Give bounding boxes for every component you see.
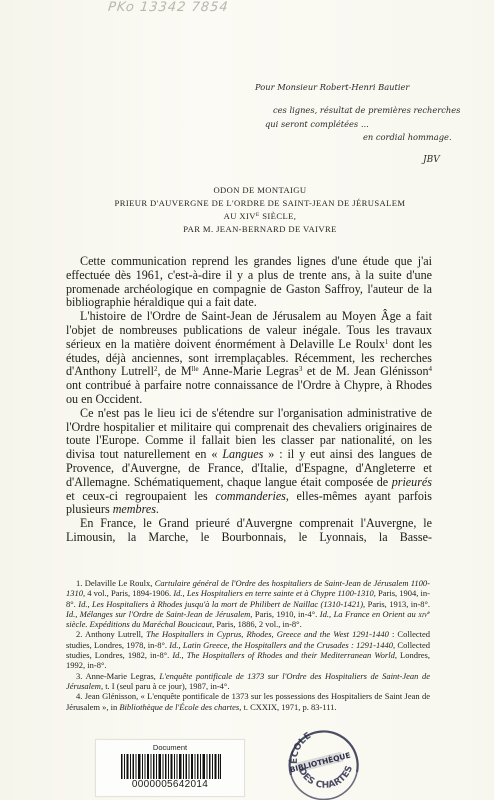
title-line: au XIVe siècle, [60, 209, 460, 223]
footnote-1: 1. Delaville Le Roulx, Cartulaire généra… [66, 578, 430, 629]
barcode-number: 0000005642014 [96, 779, 244, 790]
library-stamp-icon: ÉCOLE DES CHARTES BIBLIOTHÈQUE [283, 720, 365, 800]
footnote-3: 3. Anne-Marie Legras, L'enquête pontific… [66, 671, 430, 692]
paragraph: Cette communication reprend les grandes … [66, 255, 432, 310]
dedication-line: qui seront complétées ... [265, 117, 369, 131]
svg-text:ÉCOLE: ÉCOLE [288, 731, 313, 764]
dedication-line: Pour Monsieur Robert-Henri Bautier [255, 80, 409, 94]
paragraph: En France, le Grand prieuré d'Auvergne c… [66, 517, 432, 545]
footnotes: 1. Delaville Le Roulx, Cartulaire généra… [66, 578, 430, 712]
barcode-icon [121, 754, 221, 779]
document-page: PKo 13342 7854 Pour Monsieur Robert-Henr… [0, 0, 494, 800]
paragraph: L'histoire de l'Ordre de Saint-Jean de J… [66, 310, 432, 407]
title-line: Odon de Montaigu [60, 184, 460, 197]
footnote-4: 4. Jean Glénisson, « L'enquête pontifica… [66, 691, 430, 712]
pencil-shelfmark: PKo 13342 7854 [107, 0, 229, 15]
barcode-title: Document [96, 743, 244, 752]
body-text: Cette communication reprend les grandes … [66, 255, 432, 545]
author-line: par M. Jean-Bernard de Vaivre [60, 223, 460, 236]
signature: JBV [423, 153, 440, 167]
barcode-label: Document [95, 739, 245, 797]
paragraph: Ce n'est pas le lieu ici de s'étendre su… [66, 407, 432, 517]
title-line: Prieur d'Auvergne de l'Ordre de Saint-Je… [60, 197, 460, 210]
dedication-line: en cordial hommage. [363, 130, 452, 144]
article-title: Odon de Montaigu Prieur d'Auvergne de l'… [60, 184, 460, 235]
footnote-ref: 4 [429, 365, 433, 373]
dedication-line: ces lignes, résultat de premières recher… [273, 103, 460, 117]
footnote-2: 2. Anthony Lutrell, The Hospitallers in … [66, 629, 430, 670]
